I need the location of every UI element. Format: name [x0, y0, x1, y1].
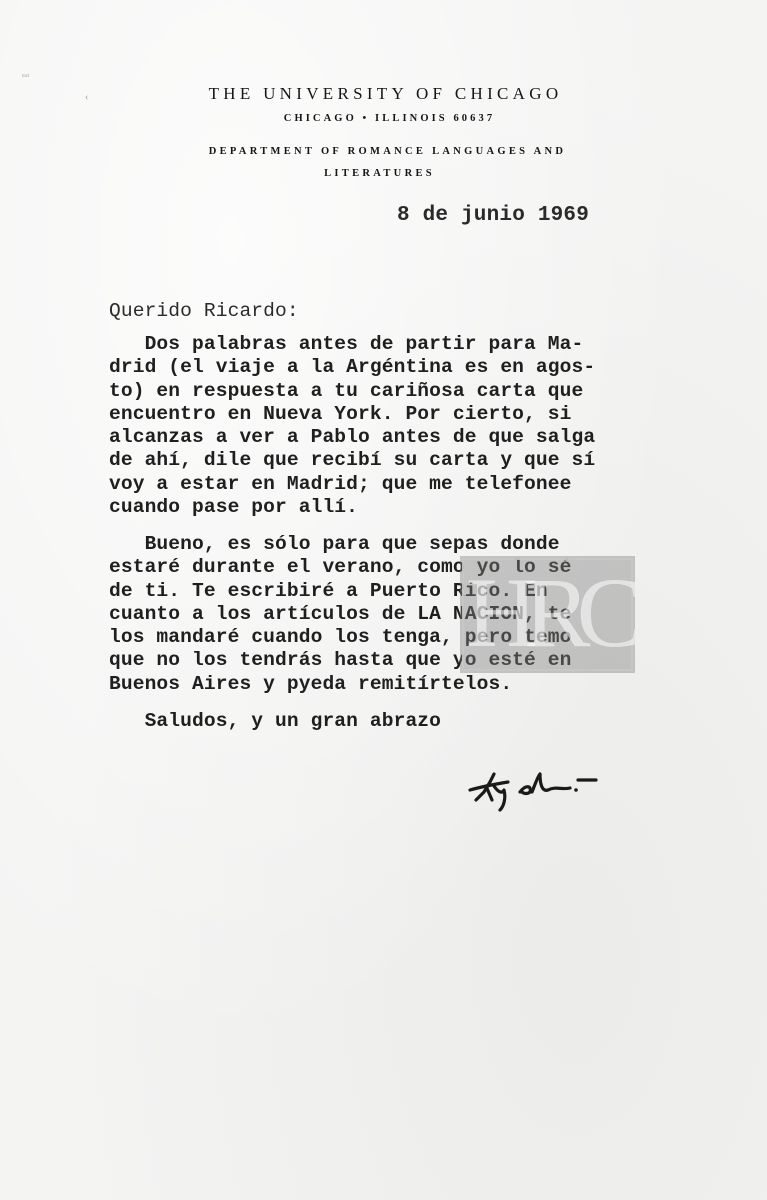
letterhead-department: DEPARTMENT OF ROMANCE LANGUAGES AND	[4, 146, 767, 157]
letterhead-institution: THE UNIVERSITY OF CHICAGO	[2, 84, 767, 104]
letter-page: ᵐᶜˡ ‹ THE UNIVERSITY OF CHICAGO CHICAGO …	[0, 0, 767, 1200]
letter-date: 8 de junio 1969	[397, 204, 589, 227]
margin-mark: ᵐᶜˡ	[22, 72, 29, 81]
closing-line: Saludos, y un gran abrazo	[109, 710, 441, 733]
salutation: Querido Ricardo:	[109, 300, 299, 323]
watermark-text: HRC	[460, 558, 635, 668]
hrc-watermark: HRC	[460, 556, 635, 673]
letterhead-department-continued: LITERATURES	[0, 168, 763, 179]
letterhead-address: CHICAGO • ILLINOIS 60637	[6, 113, 767, 124]
signature-icon	[462, 764, 622, 814]
body-paragraph-1: Dos palabras antes de partir para Ma- dr…	[109, 333, 595, 519]
